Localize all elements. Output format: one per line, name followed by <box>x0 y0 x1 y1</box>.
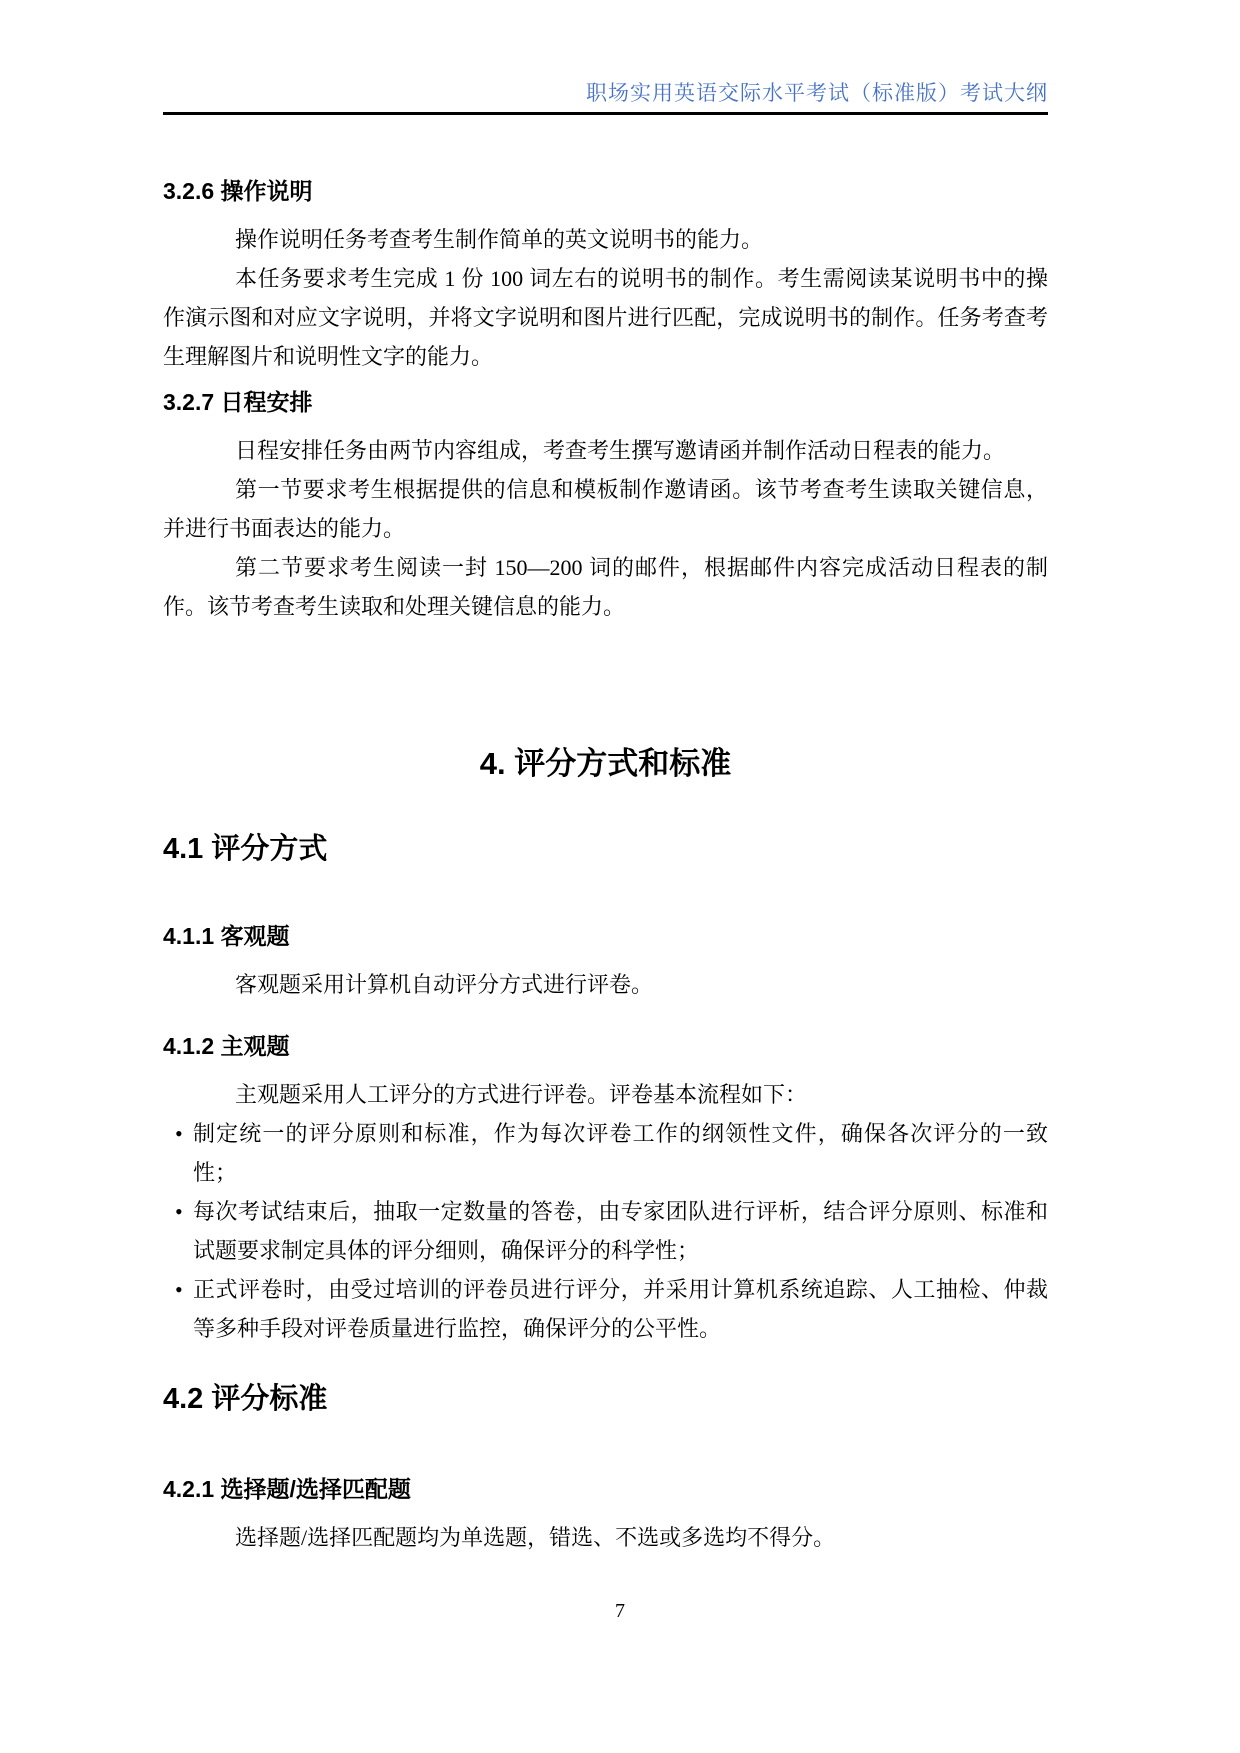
page-header-title: 职场实用英语交际水平考试（标准版）考试大纲 <box>163 80 1048 106</box>
section-4-2-heading: 4.2 评分标准 <box>163 1380 1048 1418</box>
section-3-2-7-paragraph-2: 第一节要求考生根据提供的信息和模板制作邀请函。该节考查考生读取关键信息，并进行书… <box>163 470 1048 548</box>
document-body: 3.2.6 操作说明 操作说明任务考查考生制作简单的英文说明书的能力。 本任务要… <box>163 177 1048 1557</box>
page-header: 职场实用英语交际水平考试（标准版）考试大纲 <box>163 80 1048 115</box>
chapter-4-heading: 4. 评分方式和标准 <box>163 744 1048 784</box>
page-number: 7 <box>615 1600 625 1622</box>
section-3-2-6-paragraph-1: 操作说明任务考查考生制作简单的英文说明书的能力。 <box>163 220 1048 259</box>
grading-process-list: • 制定统一的评分原则和标准，作为每次评卷工作的纲领性文件，确保各次评分的一致性… <box>163 1114 1048 1348</box>
section-3-2-6-heading: 3.2.6 操作说明 <box>163 177 1048 206</box>
list-item-text: 制定统一的评分原则和标准，作为每次评卷工作的纲领性文件，确保各次评分的一致性； <box>193 1121 1048 1185</box>
list-item: • 制定统一的评分原则和标准，作为每次评卷工作的纲领性文件，确保各次评分的一致性… <box>163 1114 1048 1192</box>
section-3-2-7-paragraph-3: 第二节要求考生阅读一封 150—200 词的邮件，根据邮件内容完成活动日程表的制… <box>163 548 1048 626</box>
list-item: • 每次考试结束后，抽取一定数量的答卷，由专家团队进行评析，结合评分原则、标准和… <box>163 1192 1048 1270</box>
section-4-1-2-heading: 4.1.2 主观题 <box>163 1032 1048 1061</box>
page-footer: 7 <box>0 1598 1240 1624</box>
section-4-1-1-heading: 4.1.1 客观题 <box>163 922 1048 951</box>
section-3-2-7-heading: 3.2.7 日程安排 <box>163 388 1048 417</box>
list-item-text: 每次考试结束后，抽取一定数量的答卷，由专家团队进行评析，结合评分原则、标准和试题… <box>193 1199 1048 1263</box>
header-rule <box>163 112 1048 115</box>
section-3-2-6-paragraph-2: 本任务要求考生完成 1 份 100 词左右的说明书的制作。考生需阅读某说明书中的… <box>163 259 1048 376</box>
section-4-2-1-heading: 4.2.1 选择题/选择匹配题 <box>163 1475 1048 1504</box>
section-3-2-7-paragraph-1: 日程安排任务由两节内容组成，考查考生撰写邀请函并制作活动日程表的能力。 <box>163 431 1048 470</box>
document-page: 职场实用英语交际水平考试（标准版）考试大纲 3.2.6 操作说明 操作说明任务考… <box>0 0 1240 1753</box>
bullet-icon: • <box>175 1270 183 1309</box>
section-4-1-1-paragraph-1: 客观题采用计算机自动评分方式进行评卷。 <box>163 965 1048 1004</box>
section-4-1-heading: 4.1 评分方式 <box>163 830 1048 868</box>
list-item: • 正式评卷时，由受过培训的评卷员进行评分，并采用计算机系统追踪、人工抽检、仲裁… <box>163 1270 1048 1348</box>
list-item-text: 正式评卷时，由受过培训的评卷员进行评分，并采用计算机系统追踪、人工抽检、仲裁等多… <box>193 1277 1048 1341</box>
bullet-icon: • <box>175 1192 183 1231</box>
section-4-2-1-paragraph-1: 选择题/选择匹配题均为单选题，错选、不选或多选均不得分。 <box>163 1518 1048 1557</box>
section-4-1-2-paragraph-1: 主观题采用人工评分的方式进行评卷。评卷基本流程如下： <box>163 1075 1048 1114</box>
bullet-icon: • <box>175 1114 183 1153</box>
